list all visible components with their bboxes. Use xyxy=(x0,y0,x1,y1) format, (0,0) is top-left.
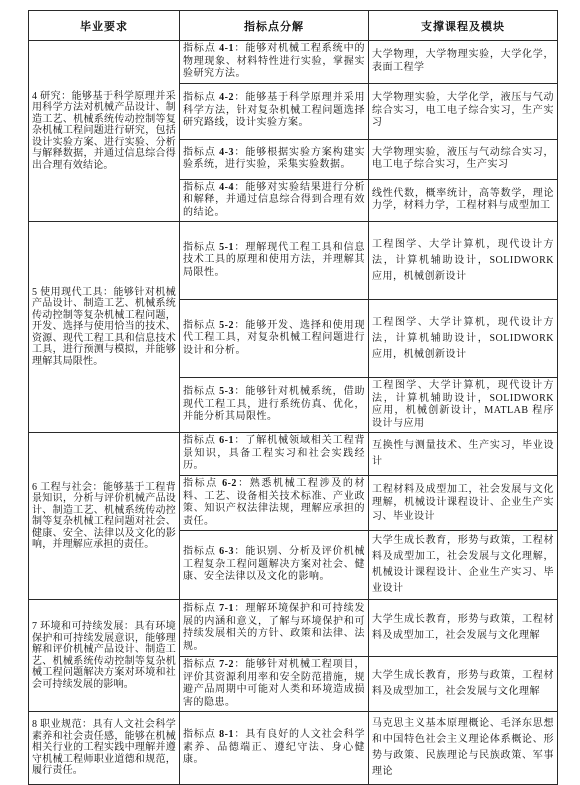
indicator-number: 6-1 xyxy=(219,435,234,446)
indicator-prefix: 指标点 xyxy=(183,435,219,446)
indicator-colon: ： xyxy=(237,478,250,489)
indicator-cell-7-2: 指标点 7-2：能够针对机械工程项目，评价其资源利用率和安全防范措施，规避产品周… xyxy=(180,657,369,712)
indicator-colon: ： xyxy=(234,386,245,397)
indicator-colon: ： xyxy=(234,182,245,193)
indicator-number: 4-3 xyxy=(219,147,234,158)
indicator-prefix: 指标点 xyxy=(183,659,219,670)
indicator-colon: ： xyxy=(234,92,245,103)
requirements-table-container: 毕业要求 指标点分解 支撑课程及模块 4 研究：能够基于科学原理并采用科学方法对… xyxy=(28,10,557,785)
courses-cell-4-4: 线性代数，概率统计，高等数学，理论力学，材料力学，工程材料与成型加工 xyxy=(369,179,558,222)
courses-cell-4-2: 大学物理实验，大学化学，液压与气动综合实习，电工电子综合实习，生产实习 xyxy=(369,83,558,139)
document-page: { "colors": { "background": "#ffffff", "… xyxy=(0,0,580,765)
courses-cell-6-1: 互换性与测量技术、生产实习，毕业设计 xyxy=(369,433,558,476)
indicator-colon: ： xyxy=(234,320,245,331)
header-indicator-decomposition: 指标点分解 xyxy=(180,11,369,41)
indicator-prefix: 指标点 xyxy=(183,182,219,193)
courses-cell-5-2: 工程图学、大学计算机，现代设计方法，计算机辅助设计，SOLIDWORK 应用，机… xyxy=(369,300,558,378)
indicator-number: 8-1 xyxy=(219,729,234,740)
indicator-cell-5-1: 指标点 5-1：理解现代工程工具和信息技术工具的原理和使用方法，并理解其局限性。 xyxy=(180,222,369,300)
indicator-number: 6-3 xyxy=(219,546,234,557)
indicator-colon: ： xyxy=(234,603,245,614)
indicator-cell-4-3: 指标点 4-3：能够根据实验方案构建实验系统，进行实验，采集实验数据。 xyxy=(180,139,369,179)
indicator-cell-5-2: 指标点 5-2：能够开发、选择和使用现代工程工具，对复杂机械工程问题进行设计和分… xyxy=(180,300,369,378)
indicator-colon: ： xyxy=(234,659,245,670)
indicator-number: 7-1 xyxy=(219,603,234,614)
indicator-colon: ： xyxy=(234,435,245,446)
table-row: 6 工程与社会：能够基于工程背景知识，分析与评价机械产品设计、制造工艺、机械系统… xyxy=(29,433,558,476)
indicator-prefix: 指标点 xyxy=(183,43,219,54)
indicator-cell-5-3: 指标点 5-3：能够针对机械系统，借助现代工程工具，进行系统仿真、优化，并能分析… xyxy=(180,378,369,433)
courses-cell-4-1: 大学物理，大学物理实验，大学化学，表面工程学 xyxy=(369,41,558,84)
indicator-colon: ： xyxy=(234,729,245,740)
indicator-number: 5-2 xyxy=(219,320,234,331)
courses-cell-4-3: 大学物理实验，液压与气动综合实习，电工电子综合实习，生产实习 xyxy=(369,139,558,179)
requirement-cell-4: 4 研究：能够基于科学原理并采用科学方法对机械产品设计、制造工艺、机械系统传动控… xyxy=(29,41,180,222)
indicator-prefix: 指标点 xyxy=(183,147,219,158)
indicator-colon: ： xyxy=(234,546,245,557)
indicator-number: 5-3 xyxy=(219,386,234,397)
indicator-number: 4-1 xyxy=(219,43,234,54)
header-row: 毕业要求 指标点分解 支撑课程及模块 xyxy=(29,11,558,41)
indicator-number: 4-2 xyxy=(219,92,234,103)
indicator-cell-7-1: 指标点 7-1：理解环境保护和可持续发展的内涵和意义，了解与环境保护和可持续发展… xyxy=(180,600,369,657)
indicator-prefix: 指标点 xyxy=(183,386,219,397)
indicator-cell-6-3: 指标点 6-3：能识别、分析及评价机械工程复杂工程问题解决方案对社会、健康、安全… xyxy=(180,531,369,600)
indicator-number: 4-4 xyxy=(219,182,234,193)
courses-cell-5-3: 工程图学、大学计算机，现代设计方法，计算机辅助设计，SOLIDWORK 应用，机… xyxy=(369,378,558,433)
header-supporting-courses: 支撑课程及模块 xyxy=(369,11,558,41)
table-row: 7 环境和可持续发展：具有环境保护和可持续发展意识，能够理解和评价机械产品设计、… xyxy=(29,600,558,657)
indicator-colon: ： xyxy=(234,242,245,253)
indicator-colon: ： xyxy=(234,43,245,54)
indicator-prefix: 指标点 xyxy=(183,92,219,103)
indicator-cell-8-1: 指标点 8-1：具有良好的人文社会科学素养、品德端正、遵纪守法、身心健康。 xyxy=(180,712,369,785)
indicator-prefix: 指标点 xyxy=(183,242,219,253)
indicator-prefix: 指标点 xyxy=(183,603,219,614)
indicator-prefix: 指标点 xyxy=(183,546,219,557)
indicator-cell-6-1: 指标点 6-1：了解机械领域相关工程背景知识，具备工程实习和社会实践经历。 xyxy=(180,433,369,476)
courses-cell-8-1: 马克思主义基本原理概论、毛泽东思想和中国特色社会主义理论体系概论、形势与政策、民… xyxy=(369,712,558,785)
indicator-prefix: 指标点 xyxy=(183,478,222,489)
requirements-table: 毕业要求 指标点分解 支撑课程及模块 4 研究：能够基于科学原理并采用科学方法对… xyxy=(28,10,558,785)
indicator-cell-4-4: 指标点 4-4：能够对实验结果进行分析和解释，并通过信息综合得到合理有效的结论。 xyxy=(180,179,369,222)
requirement-cell-5: 5 使用现代工具：能够针对机械产品设计、制造工艺、机械系统传动控制等复杂机械工程… xyxy=(29,222,180,433)
courses-cell-6-3: 大学生成长教育，形势与政策，工程材料及成型加工，社会发展与文化理解，机械设计课程… xyxy=(369,531,558,600)
table-row: 5 使用现代工具：能够针对机械产品设计、制造工艺、机械系统传动控制等复杂机械工程… xyxy=(29,222,558,300)
indicator-prefix: 指标点 xyxy=(183,320,219,331)
indicator-colon: ： xyxy=(234,147,245,158)
indicator-number: 6-2 xyxy=(222,478,237,489)
indicator-cell-4-2: 指标点 4-2：能够基于科学原理并采用科学方法，针对复杂机械工程问题选择研究路线… xyxy=(180,83,369,139)
indicator-number: 5-1 xyxy=(219,242,234,253)
table-row: 8 职业规范：具有人文社会科学素养和社会责任感，能够在机械相关行业的工程实践中理… xyxy=(29,712,558,785)
requirement-cell-8: 8 职业规范：具有人文社会科学素养和社会责任感，能够在机械相关行业的工程实践中理… xyxy=(29,712,180,785)
table-row: 4 研究：能够基于科学原理并采用科学方法对机械产品设计、制造工艺、机械系统传动控… xyxy=(29,41,558,84)
courses-cell-7-1: 大学生成长教育，形势与政策，工程材料及成型加工，社会发展与文化理解 xyxy=(369,600,558,657)
indicator-cell-4-1: 指标点 4-1：能够对机械工程系统中的物理现象、材料特性进行实验，掌握实验研究方… xyxy=(180,41,369,84)
requirement-cell-6: 6 工程与社会：能够基于工程背景知识，分析与评价机械产品设计、制造工艺、机械系统… xyxy=(29,433,180,600)
header-graduation-requirements: 毕业要求 xyxy=(29,11,180,41)
requirement-cell-7: 7 环境和可持续发展：具有环境保护和可持续发展意识，能够理解和评价机械产品设计、… xyxy=(29,600,180,712)
indicator-cell-6-2: 指标点 6-2：熟悉机械工程涉及的材料、工艺、设备相关技术标准、产业政策、知识产… xyxy=(180,476,369,531)
courses-cell-6-2: 工程材料及成型加工，社会发展与文化理解，机械设计课程设计、企业生产实习、毕业设计 xyxy=(369,476,558,531)
indicator-prefix: 指标点 xyxy=(183,729,219,740)
courses-cell-5-1: 工程图学、大学计算机，现代设计方法，计算机辅助设计，SOLIDWORK 应用，机… xyxy=(369,222,558,300)
indicator-number: 7-2 xyxy=(219,659,234,670)
courses-cell-7-2: 大学生成长教育，形势与政策，工程材料及成型加工，社会发展与文化理解 xyxy=(369,657,558,712)
